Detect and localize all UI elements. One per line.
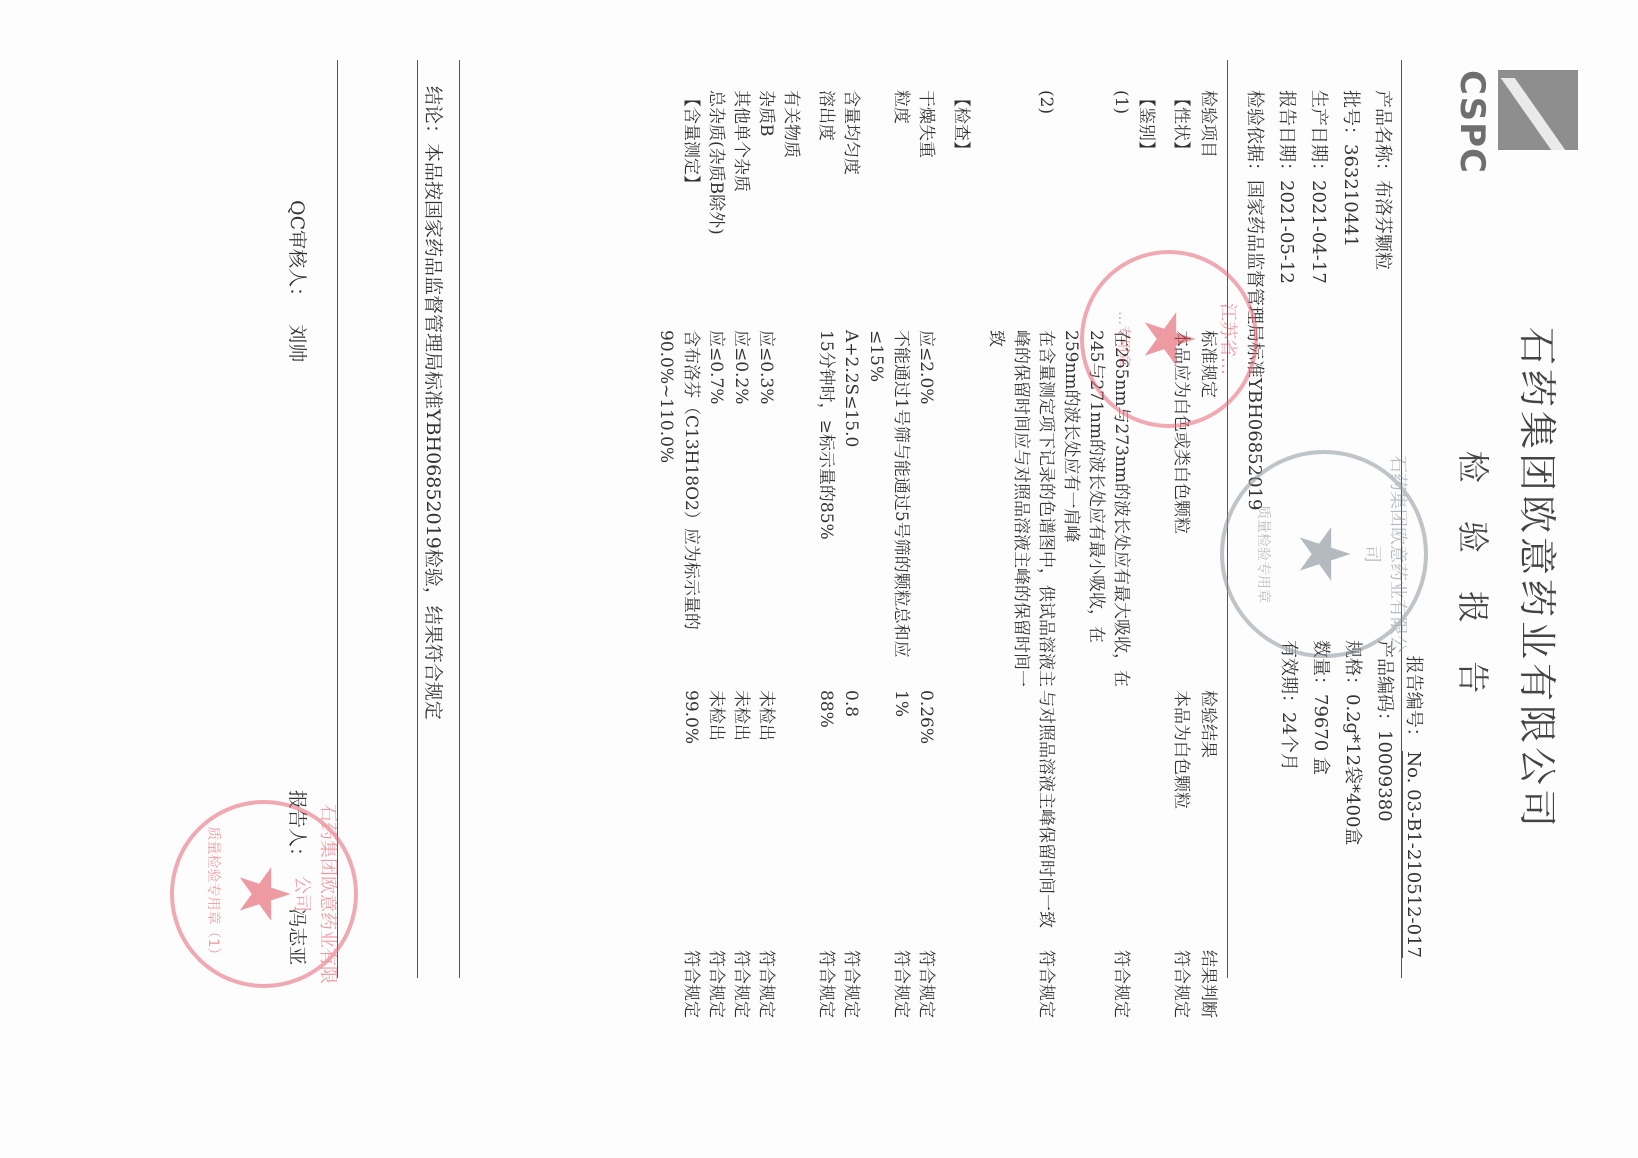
cell-result: 未检出 — [728, 690, 753, 950]
cell-verdict: 符合规定 — [838, 950, 863, 1070]
table-row: 干燥失重应≤2.0%0.26%符合规定 — [913, 90, 938, 1080]
qc-reviewer-signature: QC审核人： 刘帅 — [285, 200, 312, 362]
table-row: 【含量测定】含布洛芬（C13H18O2）应为标示量的90.0%~110.0%99… — [653, 90, 703, 1080]
table-row: 【检查】 — [948, 90, 973, 1080]
cell-verdict: 符合规定 — [728, 950, 753, 1070]
cell-item: 溶出度 — [813, 90, 838, 330]
cell-standard — [948, 330, 973, 690]
cell-result — [948, 690, 973, 950]
cell-verdict: 符合规定 — [1058, 950, 1133, 1070]
table-row: 杂质B应≤0.3%未检出符合规定 — [753, 90, 778, 1080]
cell-standard: 15分钟时，≥标示量的85% — [813, 330, 838, 690]
cell-item: 其他单个杂质 — [728, 90, 753, 330]
field-specification: 规格：0.2g*12袋*400盒 — [1336, 640, 1368, 1040]
cell-item: 【检查】 — [948, 90, 973, 330]
table-row: 溶出度15分钟时，≥标示量的85%88%符合规定 — [813, 90, 838, 1080]
star-icon: ★ — [1134, 308, 1204, 371]
cell-item: 含量均匀度 — [838, 90, 863, 330]
cell-verdict: 符合规定 — [753, 950, 778, 1070]
table-row: (2)在含量测定项下记录的色谱图中，供试品溶液主峰的保留时间应与对照品溶液主峰的… — [983, 90, 1058, 1080]
table-row: 其他单个杂质应≤0.2%未检出符合规定 — [728, 90, 753, 1080]
quality-inspection-stamp: 石药集团欧意药业有限公司 ★ 质量检验专用章 — [1220, 450, 1428, 658]
cell-standard: 应≤0.3% — [753, 330, 778, 690]
cell-standard: A+2.2S≤15.0 — [838, 330, 863, 690]
conclusion-label: 结论： — [422, 86, 444, 143]
inspection-report-page: CSPC 石药集团欧意药业有限公司 检 验 报 告 报告编号： No. 03-B… — [0, 0, 1638, 1158]
field-product-code: 产品编码：10009380 — [1368, 640, 1400, 1040]
cell-result: 99.0% — [653, 690, 703, 950]
field-quantity: 数量：79670 盒 — [1304, 640, 1336, 1040]
cell-standard — [778, 330, 803, 690]
cell-result: 本品为白色颗粒 — [1168, 690, 1193, 950]
table-header: 检验项目 标准规定 检验结果 结果判断 — [1195, 90, 1220, 1080]
table-row: 含量均匀度A+2.2S≤15.00.8符合规定 — [838, 90, 863, 1080]
cell-standard: 应≤0.2% — [728, 330, 753, 690]
table-row: 有关物质 — [778, 90, 803, 1080]
cell-verdict: 符合规定 — [913, 950, 938, 1070]
cell-result: 0.8 — [838, 690, 863, 950]
cell-result: 未检出 — [753, 690, 778, 950]
cell-standard: 应≤0.7% — [703, 330, 728, 690]
report-number-value: No. 03-B1-210512-017 — [1402, 751, 1424, 958]
divider — [459, 60, 460, 978]
qc-reviewer-name: 刘帅 — [286, 324, 308, 362]
report-number-label: 报告编号： — [1403, 656, 1424, 746]
table-row: 总杂质(杂质B除外)应≤0.7%未检出符合规定 — [703, 90, 728, 1080]
cell-result: 1% — [863, 690, 913, 950]
cell-verdict: 符合规定 — [863, 950, 913, 1070]
cell-result — [1133, 690, 1158, 950]
column-header-result: 检验结果 — [1195, 690, 1220, 950]
cell-item: 【含量测定】 — [653, 90, 703, 330]
cell-item: 粒度 — [863, 90, 913, 330]
cell-item: 有关物质 — [778, 90, 803, 330]
star-icon: ★ — [229, 863, 299, 926]
cell-verdict: 符合规定 — [703, 950, 728, 1070]
cell-standard: 不能通过1号筛与能通过5号筛的颗粒总和应≤15% — [863, 330, 913, 690]
inspection-table: 检验项目 标准规定 检验结果 结果判断 【性状】本品应为白色或类白色颗粒本品为白… — [653, 90, 1220, 1080]
header-right-fields: 产品编码：10009380 规格：0.2g*12袋*400盒 数量：79670 … — [1272, 640, 1400, 1040]
cell-result — [778, 690, 803, 950]
table-row: 【性状】本品应为白色或类白色颗粒本品为白色颗粒符合规定 — [1168, 90, 1193, 1080]
cell-verdict: 符合规定 — [653, 950, 703, 1070]
cell-result: 与对照品溶液主峰保留时间一致 — [983, 690, 1058, 950]
cell-standard: 应≤2.0% — [913, 330, 938, 690]
cell-item: 杂质B — [753, 90, 778, 330]
row-spacer — [1158, 90, 1168, 1080]
conclusion: 结论：本品按国家药品监督管理局标准YBH06852019检验，结果符合规定 — [421, 86, 448, 720]
report-number: 报告编号： No. 03-B1-210512-017 — [1402, 656, 1428, 958]
red-seal-stamp: 江苏省… ★ …专用章 — [1080, 250, 1258, 428]
cell-result: 未检出 — [703, 690, 728, 950]
quality-inspection-stamp-1: 石药集团欧意药业有限公司 ★ 质量检验专用章（1） — [170, 800, 358, 988]
report-title: 检 验 报 告 — [1452, 0, 1498, 1158]
cell-verdict — [948, 950, 973, 1070]
row-spacer — [973, 90, 983, 1080]
star-icon: ★ — [1289, 523, 1359, 586]
cell-verdict — [1133, 950, 1158, 1070]
cell-result: 88% — [813, 690, 838, 950]
company-name: 石药集团欧意药业有限公司 — [1513, 0, 1568, 1158]
table-row: 粒度不能通过1号筛与能通过5号筛的颗粒总和应≤15%1%符合规定 — [863, 90, 913, 1080]
field-shelf-life: 有效期：24个月 — [1272, 640, 1304, 1040]
table-row: (1)在265nm与273nm的波长处应有最大吸收，在245与271nm的波长处… — [1058, 90, 1133, 1080]
cell-item: 总杂质(杂质B除外) — [703, 90, 728, 330]
cell-standard: 含布洛芬（C13H18O2）应为标示量的90.0%~110.0% — [653, 330, 703, 690]
row-spacer — [938, 90, 948, 1080]
cell-verdict: 符合规定 — [1168, 950, 1193, 1070]
cell-verdict: 符合规定 — [813, 950, 838, 1070]
cell-standard: 在含量测定项下记录的色谱图中，供试品溶液主峰的保留时间应与对照品溶液主峰的保留时… — [983, 330, 1058, 690]
divider — [417, 60, 418, 978]
cell-verdict: 符合规定 — [983, 950, 1058, 1070]
cell-result: 0.26% — [913, 690, 938, 950]
table-row: 【鉴别】 — [1133, 90, 1158, 1080]
column-header-verdict: 结果判断 — [1195, 950, 1220, 1070]
cell-verdict — [778, 950, 803, 1070]
conclusion-text: 本品按国家药品监督管理局标准YBH06852019检验，结果符合规定 — [422, 143, 444, 720]
row-spacer — [803, 90, 813, 1080]
cell-item: 干燥失重 — [913, 90, 938, 330]
cell-result — [1058, 690, 1133, 950]
cell-item: (2) — [983, 90, 1058, 330]
